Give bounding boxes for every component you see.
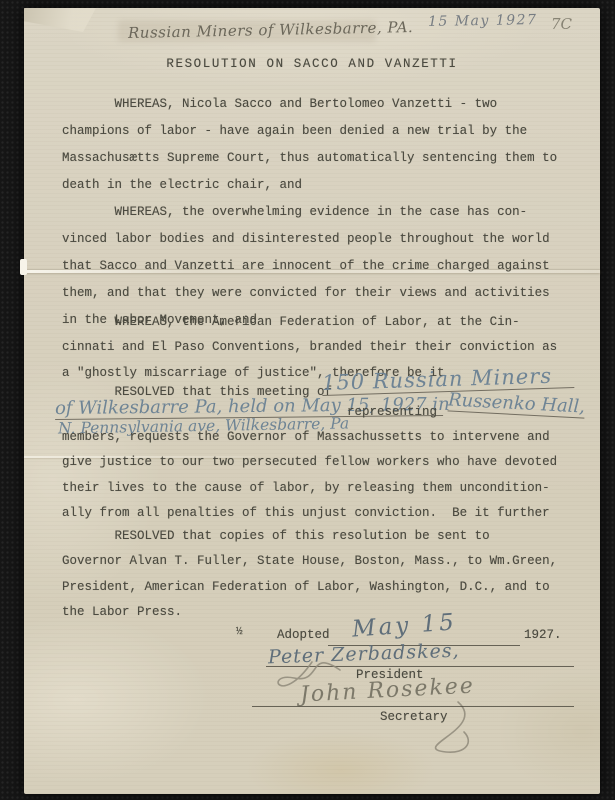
date-note: 15 May 1927 (428, 12, 538, 30)
document-title: RESOLUTION ON SACCO AND VANZETTI (62, 52, 562, 77)
secretary-signature-line (252, 706, 574, 707)
secretary-title: Secretary (380, 710, 448, 724)
paragraph-resolved-body: members, requests the Governor of Massac… (62, 425, 562, 527)
folio-mark: 7C (551, 15, 572, 33)
page-background: Russian Miners of Wilkesbarre, PA. 15 Ma… (0, 0, 615, 800)
paragraph-whereas-1: WHEREAS, Nicola Sacco and Bertolomeo Van… (62, 91, 562, 199)
typed-representing: representing (347, 405, 437, 419)
adopted-year: 1927. (524, 628, 562, 642)
margin-mark: ½ (236, 626, 243, 638)
president-signature-line (266, 666, 574, 667)
adopted-label: Adopted (277, 628, 330, 642)
paragraph-resolved-2: RESOLVED that copies of this resolution … (62, 524, 562, 626)
fold-crease-edge-nick (20, 259, 27, 275)
